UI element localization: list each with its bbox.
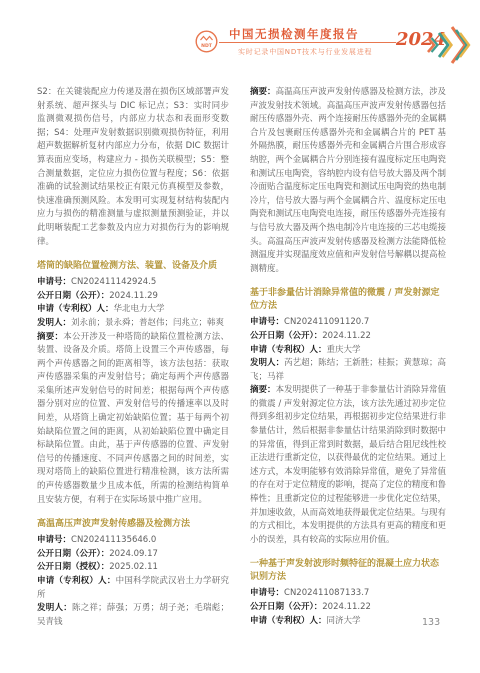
patent-title: 一种基于声发射波形时频特征的混凝土应力状态识别方法	[250, 558, 446, 584]
patent-field: 公开日期（公开）：2024.11.22	[250, 330, 446, 344]
field-label: 摘要：	[37, 332, 63, 342]
field-label: 申请（专利权）人：	[250, 345, 327, 355]
body-paragraph: S2：在关键装配应力传递及潜在损伤区域部署声发射系统、超声探头与 DIC 标记点…	[37, 86, 229, 249]
ndt-logo-icon: NDT	[195, 30, 218, 53]
body-paragraph: 摘要：高温高压声波声发射传感器及检测方法，涉及声波发射技术领域。高温高压声波声发…	[250, 86, 446, 276]
paragraph-text: 高温高压声波声发射传感器及检测方法，涉及声波发射技术领域。高温高压声波声发射传感…	[250, 87, 446, 274]
field-value: CN202411142924.5	[71, 277, 156, 287]
patent-entry: 基于非参量估计消除异常值的微震 / 声发射源定位方法申请号：CN20241109…	[250, 287, 446, 547]
field-label: 申请号：	[250, 588, 284, 598]
field-label: 公开日期（公开）：	[250, 331, 322, 341]
waveform-icon	[201, 37, 213, 41]
field-label: 发明人：	[250, 358, 284, 368]
report-subtitle: 实时记录中国NDT技术与行业发展进程	[238, 47, 372, 57]
field-label: 公开日期（公开）：	[250, 602, 322, 612]
patent-field: 摘要：本发明提供了一种基于非参量估计消除异常值的微震 / 声发射源定位方法，该方…	[250, 384, 446, 547]
logo-text: NDT	[201, 43, 213, 49]
report-page: NDT 中国无损检测年度报告 实时记录中国NDT技术与行业发展进程 2024 S…	[0, 0, 480, 673]
right-column: 摘要：高温高压声波声发射传感器及检测方法，涉及声波发射技术领域。高温高压声波声发…	[250, 86, 446, 628]
patent-field: 发明人：芮艺超；陈结；王新胜；桂振；黄慧琼；高飞；马祥	[250, 357, 446, 384]
page-number: 133	[422, 617, 440, 628]
field-value: 华北电力大学	[114, 304, 165, 314]
patent-field: 申请号：CN202411135646.0	[37, 534, 229, 548]
field-value: 刘永前；景永舜；普赵伟；闫兆立；韩爽	[71, 318, 224, 328]
patent-title: 高温高压声波声发射传感器及检测方法	[37, 518, 229, 531]
paragraph-text: S2：在关键装配应力传递及潜在损伤区域部署声发射系统、超声探头与 DIC 标记点…	[37, 87, 229, 247]
field-value: CN202411087133.7	[284, 588, 369, 598]
field-value: 2024.11.22	[322, 331, 371, 341]
patent-field: 申请号：CN202411087133.7	[250, 587, 446, 601]
left-column: S2：在关键装配应力传递及潜在损伤区域部署声发射系统、超声探头与 DIC 标记点…	[37, 86, 229, 629]
field-label: 申请（专利权）人：	[250, 616, 327, 626]
field-label: 申请（专利权）人：	[37, 304, 114, 314]
patent-entry: 塔筒的缺陷位置检测方法、装置、设备及介质申请号：CN202411142924.5…	[37, 260, 229, 507]
field-value: 2024.11.29	[109, 291, 158, 301]
chevrons-icon	[427, 25, 473, 69]
patent-field: 公开日期（公开）：2024.11.22	[250, 601, 446, 615]
patent-field: 发明人：陈之祥；薛强；万勇；胡子尧；毛瑞彪；吴青钱	[37, 602, 229, 629]
patent-field: 申请号：CN202411142924.5	[37, 276, 229, 290]
field-value: CN202411135646.0	[71, 535, 156, 545]
report-title: 中国无损检测年度报告	[229, 26, 359, 42]
field-value: 2025.02.11	[109, 562, 158, 572]
field-label: 申请（专利权）人：	[37, 576, 116, 586]
field-label: 申请号：	[37, 277, 71, 287]
field-value: 重庆大学	[327, 345, 361, 355]
patent-field: 公开日期（公开）：2024.09.17	[37, 548, 229, 562]
paragraph-label: 摘要：	[250, 87, 276, 97]
patent-field: 申请（专利权）人：中国科学院武汉岩土力学研究所	[37, 575, 229, 602]
patent-field: 申请（专利权）人：同济大学	[250, 615, 446, 629]
header-rule	[219, 42, 396, 43]
field-value: 同济大学	[327, 616, 361, 626]
field-label: 发明人：	[37, 318, 71, 328]
patent-entry: 一种基于声发射波形时频特征的混凝土应力状态识别方法申请号：CN202411087…	[250, 558, 446, 628]
patent-title: 塔筒的缺陷位置检测方法、装置、设备及介质	[37, 260, 229, 273]
field-label: 公开日期（公开）：	[37, 549, 109, 559]
field-value: 2024.09.17	[109, 549, 158, 559]
patent-title: 基于非参量估计消除异常值的微震 / 声发射源定位方法	[250, 287, 446, 313]
patent-field: 公开日期（授权）：2025.02.11	[37, 561, 229, 575]
patent-field: 申请（专利权）人：华北电力大学	[37, 303, 229, 317]
field-label: 公开日期（授权）：	[37, 562, 109, 572]
field-label: 申请号：	[37, 535, 71, 545]
field-label: 公开日期（公开）：	[37, 291, 109, 301]
patent-field: 申请号：CN202411091120.7	[250, 316, 446, 330]
field-value: 本公开涉及一种塔筒的缺陷位置检测方法、装置、设备及介质。塔筒上设置三个声传感器，…	[37, 332, 229, 505]
patent-field: 发明人：刘永前；景永舜；普赵伟；闫兆立；韩爽	[37, 317, 229, 331]
field-label: 发明人：	[37, 603, 72, 613]
field-value: 本发明提供了一种基于非参量估计消除异常值的微震 / 声发射源定位方法，该方法先通…	[250, 385, 446, 545]
field-value: CN202411091120.7	[284, 317, 369, 327]
field-label: 申请号：	[250, 317, 284, 327]
field-label: 摘要：	[250, 385, 276, 395]
patent-field: 摘要：本公开涉及一种塔筒的缺陷位置检测方法、装置、设备及介质。塔筒上设置三个声传…	[37, 331, 229, 508]
field-value: 2024.11.22	[322, 602, 371, 612]
patent-entry: 高温高压声波声发射传感器及检测方法申请号：CN202411135646.0公开日…	[37, 518, 229, 629]
patent-field: 公开日期（公开）：2024.11.29	[37, 290, 229, 304]
patent-field: 申请（专利权）人：重庆大学	[250, 344, 446, 358]
